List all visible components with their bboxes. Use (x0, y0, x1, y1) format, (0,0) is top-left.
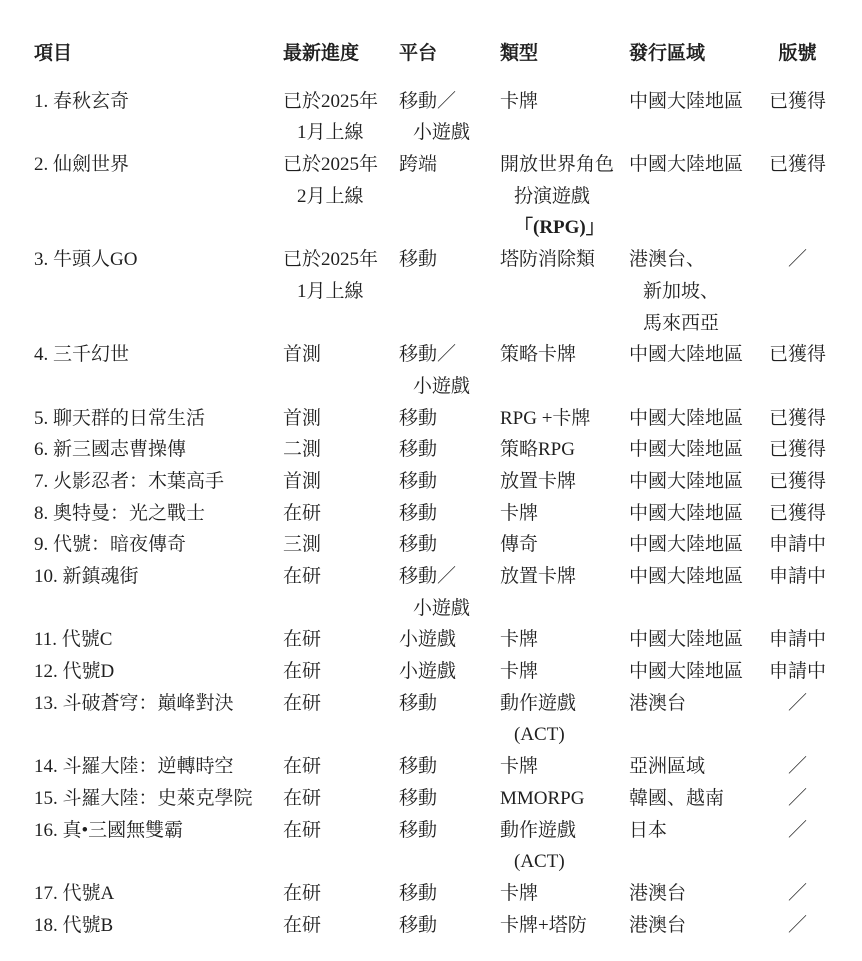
cell-type: 策略RPG (500, 434, 629, 466)
cell-line: 策略RPG (500, 434, 629, 466)
cell-line: 9. 代號：暗夜傳奇 (34, 529, 283, 561)
table-row: 16. 真•三國無雙霸在研移動動作遊戲(ACT)日本／ (34, 815, 830, 878)
cell-line: 2月上線 (283, 181, 399, 213)
cell-line: 已獲得 (765, 403, 830, 435)
cell-license: 已獲得 (765, 149, 830, 181)
header-platform: 平台 (399, 38, 500, 70)
cell-line: 移動／ (399, 86, 500, 118)
cell-line: 移動 (399, 815, 500, 847)
cell-region: 中國大陸地區 (629, 498, 765, 530)
cell-line: 已獲得 (765, 434, 830, 466)
cell-line: 申請中 (765, 624, 830, 656)
cell-progress: 在研 (283, 878, 399, 910)
cell-line: 17. 代號A (34, 878, 283, 910)
cell-project: 5. 聊天群的日常生活 (34, 403, 283, 435)
cell-line: 在研 (283, 878, 399, 910)
cell-line: 首測 (283, 466, 399, 498)
table-row: 11. 代號C在研小遊戲卡牌中國大陸地區申請中 (34, 624, 830, 656)
cell-line: ／ (765, 910, 830, 942)
cell-project: 7. 火影忍者：木葉高手 (34, 466, 283, 498)
cell-platform: 移動 (399, 529, 500, 561)
cell-line: 移動 (399, 434, 500, 466)
cell-region: 亞洲區域 (629, 751, 765, 783)
cell-line: 8. 奧特曼：光之戰士 (34, 498, 283, 530)
cell-line: 已於2025年 (283, 86, 399, 118)
cell-type: 卡牌 (500, 751, 629, 783)
cell-platform: 移動／小遊戲 (399, 86, 500, 149)
cell-progress: 三測 (283, 529, 399, 561)
cell-region: 日本 (629, 815, 765, 847)
cell-line: 7. 火影忍者：木葉高手 (34, 466, 283, 498)
cell-line: 傳奇 (500, 529, 629, 561)
table-row: 5. 聊天群的日常生活首測移動RPG +卡牌中國大陸地區已獲得 (34, 403, 830, 435)
cell-line: 移動 (399, 688, 500, 720)
cell-project: 2. 仙劍世界 (34, 149, 283, 181)
cell-progress: 已於2025年1月上線 (283, 244, 399, 307)
cell-project: 8. 奧特曼：光之戰士 (34, 498, 283, 530)
cell-line: 移動 (399, 783, 500, 815)
cell-license: 已獲得 (765, 403, 830, 435)
cell-line: 在研 (283, 688, 399, 720)
cell-line: 1月上線 (283, 117, 399, 149)
cell-license: 已獲得 (765, 339, 830, 371)
cell-line: 亞洲區域 (629, 751, 765, 783)
cell-line: 卡牌+塔防 (500, 910, 629, 942)
cell-platform: 移動 (399, 498, 500, 530)
cell-line: 14. 斗羅大陸：逆轉時空 (34, 751, 283, 783)
cell-line: 已獲得 (765, 149, 830, 181)
cell-line: 移動 (399, 910, 500, 942)
cell-line: 卡牌 (500, 878, 629, 910)
cell-type: 塔防消除類 (500, 244, 629, 276)
cell-type: 卡牌 (500, 624, 629, 656)
cell-line: 已於2025年 (283, 244, 399, 276)
cell-line: 馬來西亞 (629, 308, 765, 340)
table-body: 1. 春秋玄奇已於2025年1月上線移動／小遊戲卡牌中國大陸地區已獲得2. 仙劍… (34, 86, 830, 942)
cell-type: 動作遊戲(ACT) (500, 815, 629, 878)
cell-line: 移動 (399, 529, 500, 561)
cell-line: 在研 (283, 783, 399, 815)
cell-type: 放置卡牌 (500, 466, 629, 498)
game-pipeline-table: 項目 最新進度 平台 類型 發行區域 版號 1. 春秋玄奇已於2025年1月上線… (34, 38, 830, 941)
cell-line: 跨端 (399, 149, 500, 181)
cell-line: 4. 三千幻世 (34, 339, 283, 371)
cell-line: 12. 代號D (34, 656, 283, 688)
cell-line: 1月上線 (283, 276, 399, 308)
cell-line: 已於2025年 (283, 149, 399, 181)
cell-region: 中國大陸地區 (629, 624, 765, 656)
cell-line: 移動 (399, 244, 500, 276)
cell-line: 新加坡、 (629, 276, 765, 308)
cell-line: 首測 (283, 339, 399, 371)
cell-progress: 在研 (283, 656, 399, 688)
cell-platform: 移動 (399, 910, 500, 942)
cell-license: ／ (765, 783, 830, 815)
cell-progress: 在研 (283, 624, 399, 656)
cell-license: ／ (765, 244, 830, 276)
cell-project: 17. 代號A (34, 878, 283, 910)
cell-line: 2. 仙劍世界 (34, 149, 283, 181)
cell-project: 18. 代號B (34, 910, 283, 942)
cell-platform: 小遊戲 (399, 656, 500, 688)
cell-line: ／ (765, 783, 830, 815)
cell-type: RPG +卡牌 (500, 403, 629, 435)
header-region: 發行區域 (629, 38, 765, 70)
cell-line: 中國大陸地區 (629, 434, 765, 466)
cell-license: ／ (765, 751, 830, 783)
table-row: 12. 代號D在研小遊戲卡牌中國大陸地區申請中 (34, 656, 830, 688)
cell-line: 卡牌 (500, 751, 629, 783)
cell-line: 二測 (283, 434, 399, 466)
header-project: 項目 (34, 38, 283, 70)
cell-type: 卡牌 (500, 498, 629, 530)
cell-type: 傳奇 (500, 529, 629, 561)
table-row: 18. 代號B在研移動卡牌+塔防港澳台／ (34, 910, 830, 942)
cell-region: 中國大陸地區 (629, 339, 765, 371)
cell-line: 中國大陸地區 (629, 624, 765, 656)
cell-line: 塔防消除類 (500, 244, 629, 276)
cell-line: 在研 (283, 624, 399, 656)
cell-line: ／ (765, 244, 830, 276)
cell-region: 港澳台 (629, 910, 765, 942)
cell-line: 6. 新三國志曹操傳 (34, 434, 283, 466)
cell-license: ／ (765, 815, 830, 847)
table-row: 2. 仙劍世界已於2025年2月上線跨端開放世界角色扮演遊戲「(RPG)」中國大… (34, 149, 830, 244)
cell-line: 港澳台 (629, 878, 765, 910)
cell-line: 「(RPG)」 (500, 212, 629, 244)
cell-region: 中國大陸地區 (629, 86, 765, 118)
cell-line: 卡牌 (500, 86, 629, 118)
cell-progress: 在研 (283, 910, 399, 942)
cell-line: ／ (765, 751, 830, 783)
cell-line: 5. 聊天群的日常生活 (34, 403, 283, 435)
cell-line: 在研 (283, 656, 399, 688)
cell-type: 開放世界角色扮演遊戲「(RPG)」 (500, 149, 629, 244)
cell-line: ／ (765, 688, 830, 720)
cell-license: 已獲得 (765, 498, 830, 530)
table-row: 17. 代號A在研移動卡牌港澳台／ (34, 878, 830, 910)
cell-type: 動作遊戲(ACT) (500, 688, 629, 751)
header-progress: 最新進度 (283, 38, 399, 70)
cell-project: 15. 斗羅大陸：史萊克學院 (34, 783, 283, 815)
cell-line: 中國大陸地區 (629, 149, 765, 181)
cell-line: 中國大陸地區 (629, 86, 765, 118)
cell-region: 中國大陸地區 (629, 529, 765, 561)
cell-progress: 在研 (283, 498, 399, 530)
cell-progress: 首測 (283, 403, 399, 435)
cell-line: ／ (765, 815, 830, 847)
cell-line: 移動 (399, 878, 500, 910)
cell-project: 14. 斗羅大陸：逆轉時空 (34, 751, 283, 783)
cell-progress: 首測 (283, 466, 399, 498)
cell-line: 小遊戲 (399, 593, 500, 625)
table-row: 13. 斗破蒼穹：巔峰對決在研移動動作遊戲(ACT)港澳台／ (34, 688, 830, 751)
cell-region: 韓國、越南 (629, 783, 765, 815)
cell-line: 中國大陸地區 (629, 498, 765, 530)
cell-line: 在研 (283, 815, 399, 847)
cell-project: 4. 三千幻世 (34, 339, 283, 371)
cell-line: ／ (765, 878, 830, 910)
cell-line: 放置卡牌 (500, 561, 629, 593)
table-row: 6. 新三國志曹操傳二測移動策略RPG中國大陸地區已獲得 (34, 434, 830, 466)
cell-line: 移動／ (399, 339, 500, 371)
cell-platform: 移動／小遊戲 (399, 561, 500, 624)
cell-project: 3. 牛頭人GO (34, 244, 283, 276)
cell-line: 三測 (283, 529, 399, 561)
cell-progress: 首測 (283, 339, 399, 371)
table-row: 8. 奧特曼：光之戰士在研移動卡牌中國大陸地區已獲得 (34, 498, 830, 530)
cell-region: 中國大陸地區 (629, 466, 765, 498)
cell-type: 卡牌 (500, 656, 629, 688)
cell-platform: 移動 (399, 815, 500, 847)
cell-progress: 已於2025年2月上線 (283, 149, 399, 212)
cell-line: 已獲得 (765, 339, 830, 371)
cell-type: 策略卡牌 (500, 339, 629, 371)
cell-platform: 移動 (399, 466, 500, 498)
cell-line: 已獲得 (765, 498, 830, 530)
cell-line: 中國大陸地區 (629, 561, 765, 593)
cell-line: 移動／ (399, 561, 500, 593)
cell-progress: 在研 (283, 751, 399, 783)
table-row: 15. 斗羅大陸：史萊克學院在研移動MMORPG韓國、越南／ (34, 783, 830, 815)
cell-line: RPG +卡牌 (500, 403, 629, 435)
cell-line: 3. 牛頭人GO (34, 244, 283, 276)
table-row: 3. 牛頭人GO已於2025年1月上線移動塔防消除類港澳台、新加坡、馬來西亞／ (34, 244, 830, 339)
cell-platform: 移動 (399, 434, 500, 466)
cell-license: 申請中 (765, 624, 830, 656)
cell-platform: 移動 (399, 783, 500, 815)
cell-region: 中國大陸地區 (629, 149, 765, 181)
cell-platform: 移動 (399, 403, 500, 435)
cell-line: 放置卡牌 (500, 466, 629, 498)
cell-platform: 移動 (399, 244, 500, 276)
cell-line: 動作遊戲 (500, 688, 629, 720)
cell-project: 11. 代號C (34, 624, 283, 656)
cell-line: (ACT) (500, 719, 629, 751)
table-row: 10. 新鎮魂街在研移動／小遊戲放置卡牌中國大陸地區申請中 (34, 561, 830, 624)
cell-project: 16. 真•三國無雙霸 (34, 815, 283, 847)
cell-line: 在研 (283, 561, 399, 593)
cell-line: 移動 (399, 751, 500, 783)
cell-line: 11. 代號C (34, 624, 283, 656)
cell-line: 港澳台 (629, 688, 765, 720)
cell-line: (ACT) (500, 846, 629, 878)
cell-line: 策略卡牌 (500, 339, 629, 371)
cell-license: ／ (765, 910, 830, 942)
header-type: 類型 (500, 38, 629, 70)
cell-platform: 移動 (399, 878, 500, 910)
cell-line: 港澳台、 (629, 244, 765, 276)
table-row: 4. 三千幻世首測移動／小遊戲策略卡牌中國大陸地區已獲得 (34, 339, 830, 402)
cell-project: 6. 新三國志曹操傳 (34, 434, 283, 466)
cell-project: 13. 斗破蒼穹：巔峰對決 (34, 688, 283, 720)
cell-region: 中國大陸地區 (629, 561, 765, 593)
cell-line: 16. 真•三國無雙霸 (34, 815, 283, 847)
cell-line: 在研 (283, 751, 399, 783)
cell-line: 申請中 (765, 529, 830, 561)
cell-line: 已獲得 (765, 86, 830, 118)
cell-license: 申請中 (765, 561, 830, 593)
cell-region: 港澳台 (629, 878, 765, 910)
cell-line: 中國大陸地區 (629, 656, 765, 688)
cell-progress: 已於2025年1月上線 (283, 86, 399, 149)
cell-platform: 小遊戲 (399, 624, 500, 656)
cell-line: 扮演遊戲 (500, 181, 629, 213)
cell-line: 申請中 (765, 561, 830, 593)
cell-type: MMORPG (500, 783, 629, 815)
cell-license: ／ (765, 878, 830, 910)
cell-line: 1. 春秋玄奇 (34, 86, 283, 118)
cell-license: 申請中 (765, 529, 830, 561)
header-license: 版號 (765, 38, 830, 70)
cell-line: 中國大陸地區 (629, 529, 765, 561)
cell-region: 港澳台 (629, 688, 765, 720)
cell-line: 10. 新鎮魂街 (34, 561, 283, 593)
cell-line: 18. 代號B (34, 910, 283, 942)
cell-line: 移動 (399, 403, 500, 435)
cell-license: 已獲得 (765, 86, 830, 118)
cell-region: 中國大陸地區 (629, 403, 765, 435)
cell-line: 在研 (283, 498, 399, 530)
cell-line: MMORPG (500, 783, 629, 815)
cell-line: 卡牌 (500, 656, 629, 688)
cell-line: 小遊戲 (399, 371, 500, 403)
cell-platform: 移動 (399, 688, 500, 720)
cell-line: 申請中 (765, 656, 830, 688)
cell-type: 卡牌 (500, 878, 629, 910)
table-row: 7. 火影忍者：木葉高手首測移動放置卡牌中國大陸地區已獲得 (34, 466, 830, 498)
cell-progress: 在研 (283, 783, 399, 815)
cell-type: 卡牌 (500, 86, 629, 118)
cell-line: 在研 (283, 910, 399, 942)
cell-type: 放置卡牌 (500, 561, 629, 593)
cell-line: 小遊戲 (399, 624, 500, 656)
table-header-row: 項目 最新進度 平台 類型 發行區域 版號 (34, 38, 830, 70)
cell-project: 1. 春秋玄奇 (34, 86, 283, 118)
cell-progress: 在研 (283, 815, 399, 847)
cell-progress: 在研 (283, 561, 399, 593)
table-row: 9. 代號：暗夜傳奇三測移動傳奇中國大陸地區申請中 (34, 529, 830, 561)
cell-line: 港澳台 (629, 910, 765, 942)
cell-line: 中國大陸地區 (629, 339, 765, 371)
cell-line: 移動 (399, 498, 500, 530)
table-row: 14. 斗羅大陸：逆轉時空在研移動卡牌亞洲區域／ (34, 751, 830, 783)
cell-line: 卡牌 (500, 498, 629, 530)
cell-line: 首測 (283, 403, 399, 435)
cell-line: 開放世界角色 (500, 149, 629, 181)
cell-line: 日本 (629, 815, 765, 847)
cell-platform: 跨端 (399, 149, 500, 181)
cell-project: 9. 代號：暗夜傳奇 (34, 529, 283, 561)
cell-line: 移動 (399, 466, 500, 498)
cell-line: 已獲得 (765, 466, 830, 498)
cell-license: ／ (765, 688, 830, 720)
cell-license: 申請中 (765, 656, 830, 688)
cell-line: 中國大陸地區 (629, 403, 765, 435)
cell-line: 小遊戲 (399, 656, 500, 688)
cell-platform: 移動／小遊戲 (399, 339, 500, 402)
cell-project: 10. 新鎮魂街 (34, 561, 283, 593)
cell-progress: 在研 (283, 688, 399, 720)
table-row: 1. 春秋玄奇已於2025年1月上線移動／小遊戲卡牌中國大陸地區已獲得 (34, 86, 830, 149)
cell-line: 動作遊戲 (500, 815, 629, 847)
cell-line: 15. 斗羅大陸：史萊克學院 (34, 783, 283, 815)
cell-region: 中國大陸地區 (629, 434, 765, 466)
cell-license: 已獲得 (765, 466, 830, 498)
cell-region: 中國大陸地區 (629, 656, 765, 688)
cell-region: 港澳台、新加坡、馬來西亞 (629, 244, 765, 339)
cell-line: 小遊戲 (399, 117, 500, 149)
cell-type: 卡牌+塔防 (500, 910, 629, 942)
cell-platform: 移動 (399, 751, 500, 783)
cell-line: 13. 斗破蒼穹：巔峰對決 (34, 688, 283, 720)
cell-progress: 二測 (283, 434, 399, 466)
cell-project: 12. 代號D (34, 656, 283, 688)
cell-license: 已獲得 (765, 434, 830, 466)
cell-line: 卡牌 (500, 624, 629, 656)
cell-line: 韓國、越南 (629, 783, 765, 815)
document-page: 項目 最新進度 平台 類型 發行區域 版號 1. 春秋玄奇已於2025年1月上線… (0, 0, 862, 961)
cell-line: 中國大陸地區 (629, 466, 765, 498)
